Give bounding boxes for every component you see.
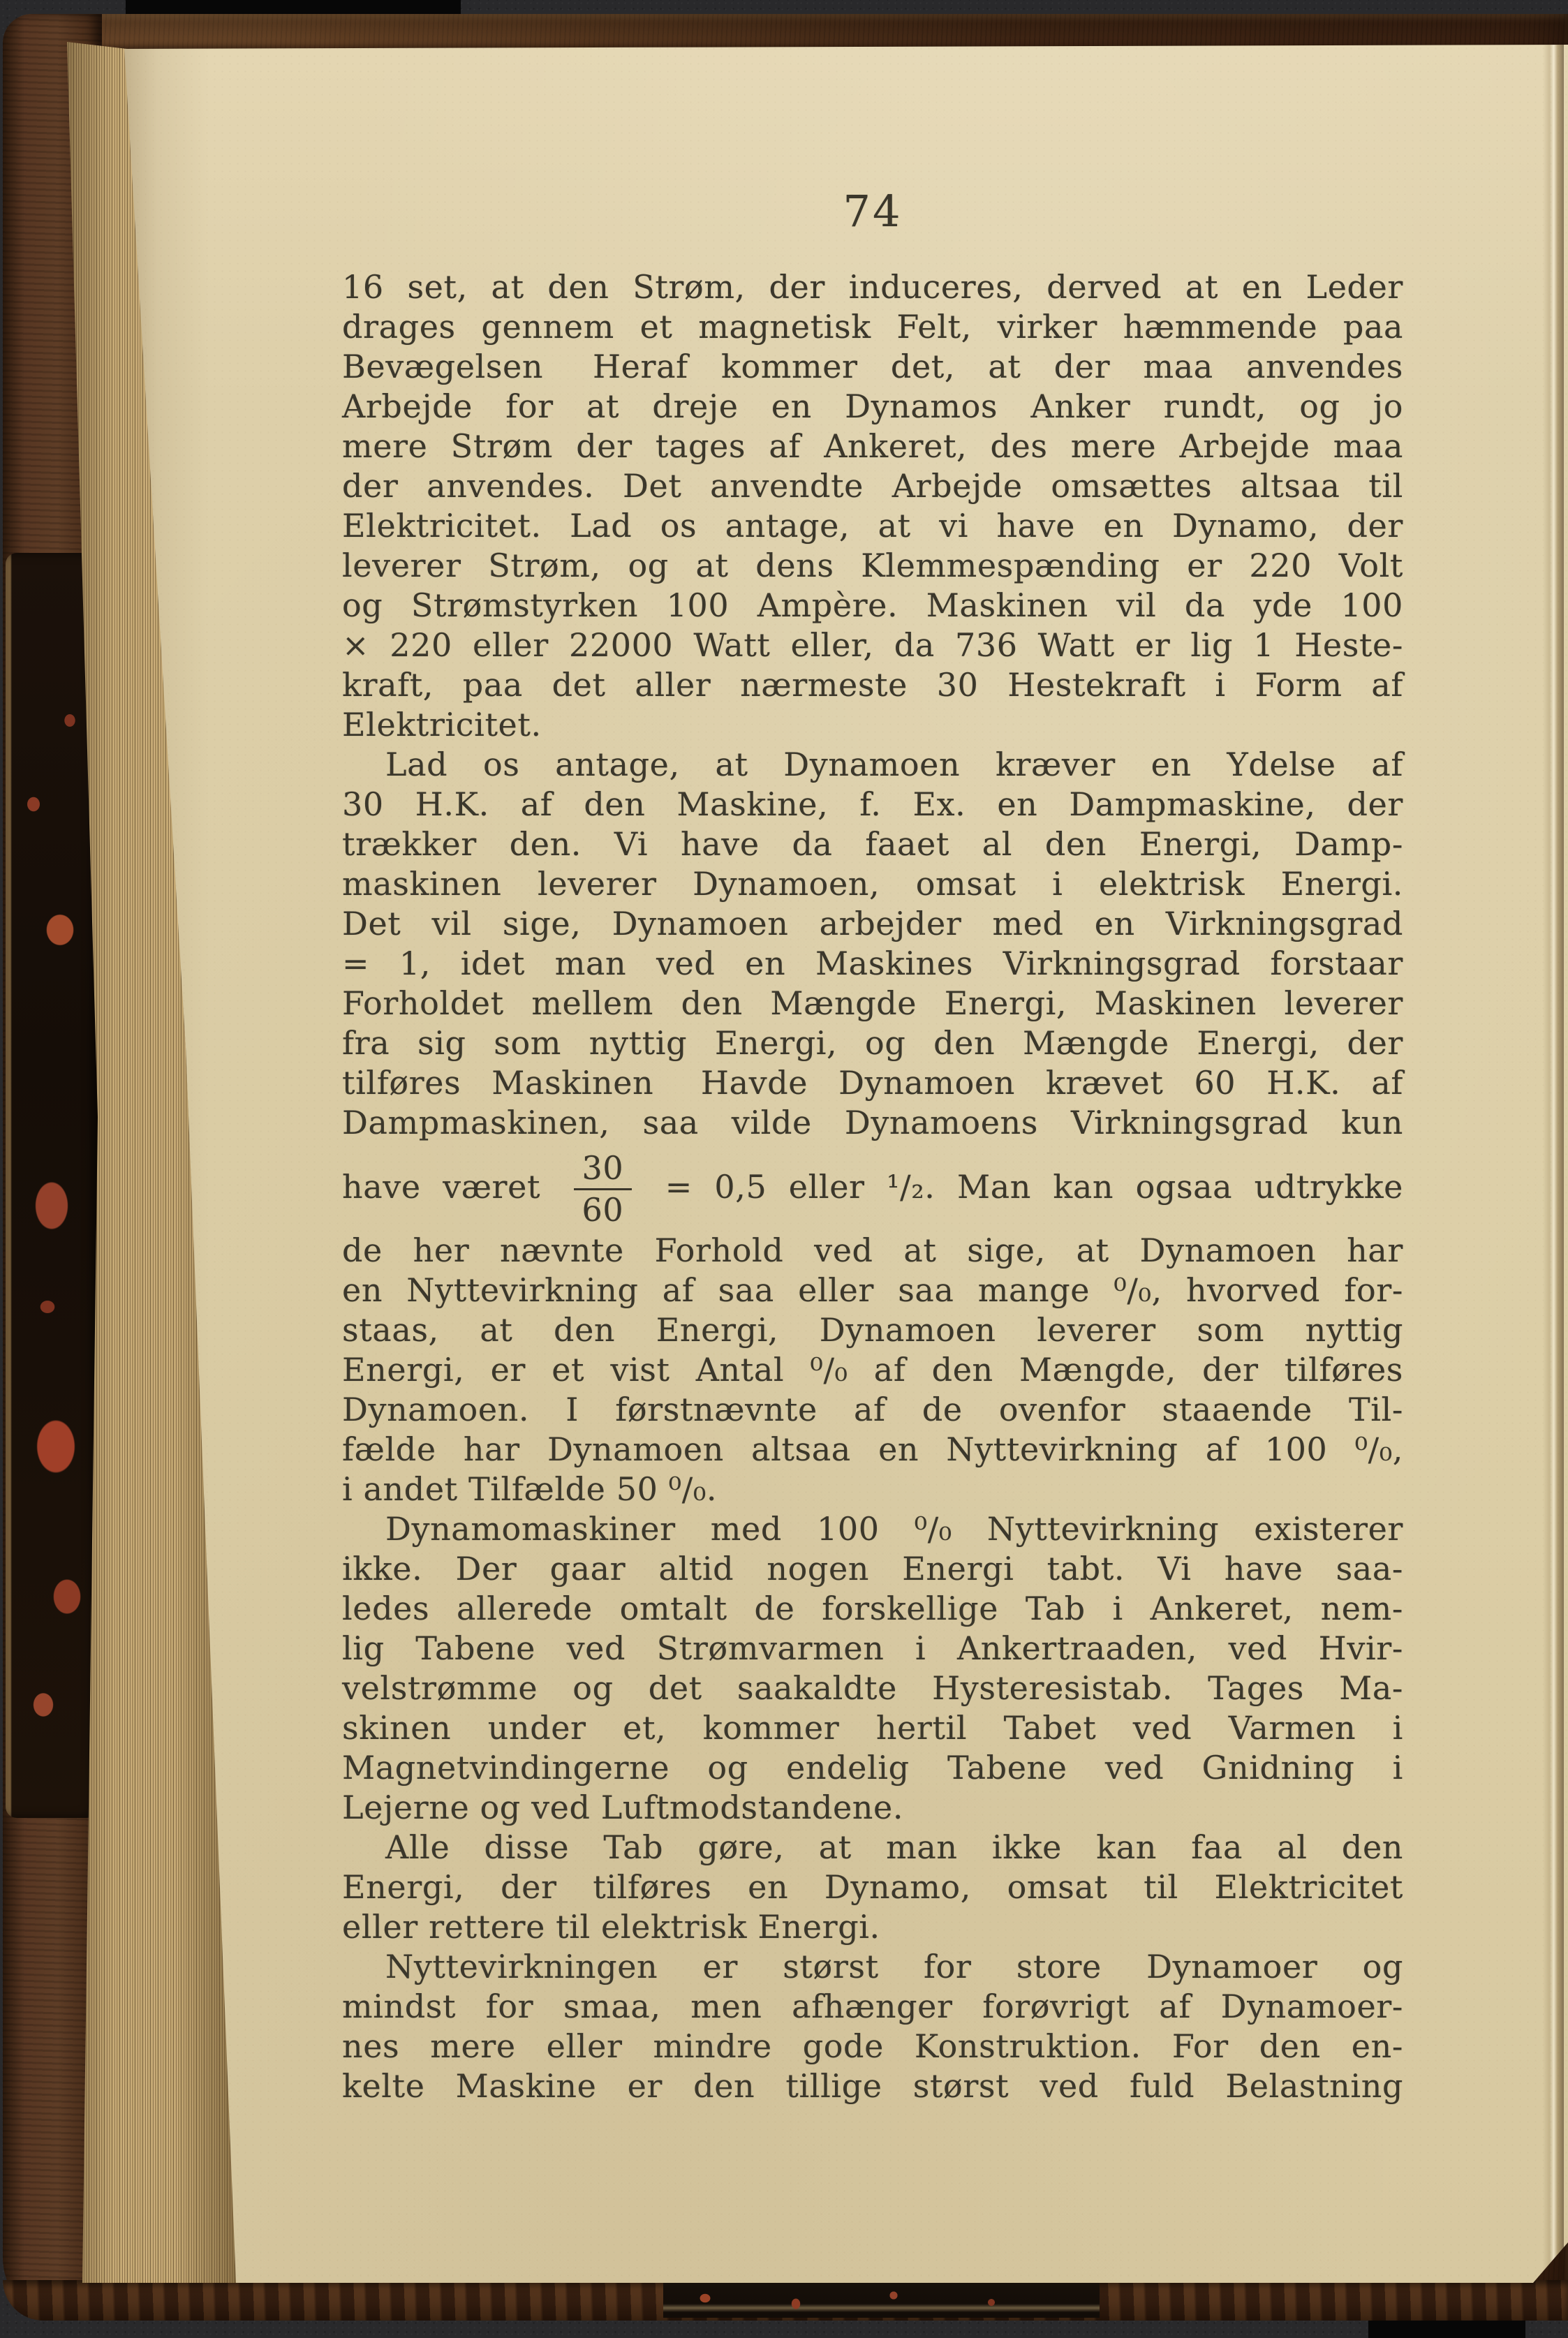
text-line: der anvendes. Det anvendte Arbejde omsæt…: [342, 466, 1403, 506]
text-line: fra sig som nyttig Energi, og den Mængde…: [342, 1023, 1403, 1063]
text-line: trækker den. Vi have da faaet al den Ene…: [342, 824, 1403, 864]
book-page: 74 16 set, at den Strøm, der induceres, …: [119, 45, 1568, 2283]
text-line: maskinen leverer Dynamoen, omsat i elekt…: [342, 864, 1403, 904]
text-line: kelte Maskine er den tillige størst ved …: [342, 2066, 1403, 2106]
fraction-denominator: 60: [574, 1188, 633, 1228]
scanned-book-page-photo: 74 16 set, at den Strøm, der induceres, …: [0, 0, 1568, 2338]
page-number: 74: [342, 191, 1403, 231]
formula-before: have været: [342, 1168, 563, 1206]
page-fold-crease: [1543, 45, 1564, 2283]
text-line: Elektricitet.: [342, 705, 1403, 745]
text-line: drages gennem et magnetisk Felt, virker …: [342, 307, 1403, 347]
text-line: eller rettere til elektrisk Energi.: [342, 1907, 1403, 1947]
text-line: ledes allerede omtalt de forskellige Tab…: [342, 1589, 1403, 1629]
text-line: mere Strøm der tages af Ankeret, des mer…: [342, 427, 1403, 466]
text-line: og Strømstyrken 100 Ampère. Maskinen vil…: [342, 586, 1403, 626]
text-line: 30 H.K. af den Maskine, f. Ex. en Dampma…: [342, 785, 1403, 824]
text-line: Det vil sige, Dynamoen arbejder med en V…: [342, 904, 1403, 944]
fraction-numerator: 30: [574, 1151, 633, 1188]
text-line: Dampmaskinen, saa vilde Dynamoens Virkni…: [342, 1103, 1403, 1143]
text-line: de her nævnte Forhold ved at sige, at Dy…: [342, 1231, 1403, 1271]
cover-marbled-patch: [663, 2283, 1100, 2318]
fraction: 3060: [574, 1151, 633, 1227]
text-line: Elektricitet. Lad os antage, at vi have …: [342, 506, 1403, 546]
text-line: ikke. Der gaar altid nogen Energi tabt. …: [342, 1549, 1403, 1589]
text-line: kraft, paa det aller nærmeste 30 Hestekr…: [342, 665, 1403, 705]
text-line: Alle disse Tab gøre, at man ikke kan faa…: [342, 1828, 1403, 1867]
text-line: Forholdet mellem den Mængde Energi, Mask…: [342, 984, 1403, 1023]
text-line: velstrømme og det saakaldte Hysteresista…: [342, 1669, 1403, 1708]
text-line: × 220 eller 22000 Watt eller, da 736 Wat…: [342, 626, 1403, 665]
text-line: Energi, er et vist Antal ⁰/₀ af den Mæng…: [342, 1350, 1403, 1390]
text-line: staas, at den Energi, Dynamoen leverer s…: [342, 1310, 1403, 1350]
text-line: nes mere eller mindre gode Konstruktion.…: [342, 2027, 1403, 2066]
text-line: leverer Strøm, og at dens Klemmespænding…: [342, 546, 1403, 586]
text-line: Nyttevirkningen er størst for store Dyna…: [342, 1947, 1403, 1987]
text-block: 74 16 set, at den Strøm, der induceres, …: [342, 191, 1403, 2106]
formula-line: have været 3060 = 0,5 eller ¹/₂. Man kan…: [342, 1143, 1403, 1231]
text-line: Dynamoen. I førstnævnte af de ovenfor st…: [342, 1390, 1403, 1430]
formula-after: = 0,5 eller ¹/₂. Man kan ogsaa udtrykke: [643, 1168, 1403, 1206]
text-line: Magnetvindingerne og endelig Tabene ved …: [342, 1748, 1403, 1788]
text-line: lig Tabene ved Strømvarmen i Ankertraade…: [342, 1629, 1403, 1669]
text-line: skinen under et, kommer hertil Tabet ved…: [342, 1708, 1403, 1748]
text-line: en Nyttevirkning af saa eller saa mange …: [342, 1271, 1403, 1310]
text-line: i andet Tilfælde 50 ⁰/₀.: [342, 1470, 1403, 1509]
text-lines: 16 set, at den Strøm, der induceres, der…: [342, 267, 1403, 2106]
text-line: Lad os antage, at Dynamoen kræver en Yde…: [342, 745, 1403, 785]
text-line: Arbejde for at dreje en Dynamos Anker ru…: [342, 387, 1403, 427]
text-line: Energi, der tilføres en Dynamo, omsat ti…: [342, 1867, 1403, 1907]
text-line: tilføres Maskinen Havde Dynamoen krævet …: [342, 1063, 1403, 1103]
text-line: Dynamomaskiner med 100 ⁰/₀ Nyttevirkning…: [342, 1509, 1403, 1549]
text-line: = 1, idet man ved en Maskines Virkningsg…: [342, 944, 1403, 984]
text-line: 16 set, at den Strøm, der induceres, der…: [342, 267, 1403, 307]
text-line: Bevægelsen Heraf kommer det, at der maa …: [342, 347, 1403, 387]
cover-top-edge: [3, 14, 1568, 50]
text-line: fælde har Dynamoen altsaa en Nyttevirkni…: [342, 1430, 1403, 1470]
text-line: Lejerne og ved Luftmodstandene.: [342, 1788, 1403, 1828]
text-line: mindst for smaa, men afhænger forøvrigt …: [342, 1987, 1403, 2027]
spine-marbled-leather: [6, 553, 98, 1818]
